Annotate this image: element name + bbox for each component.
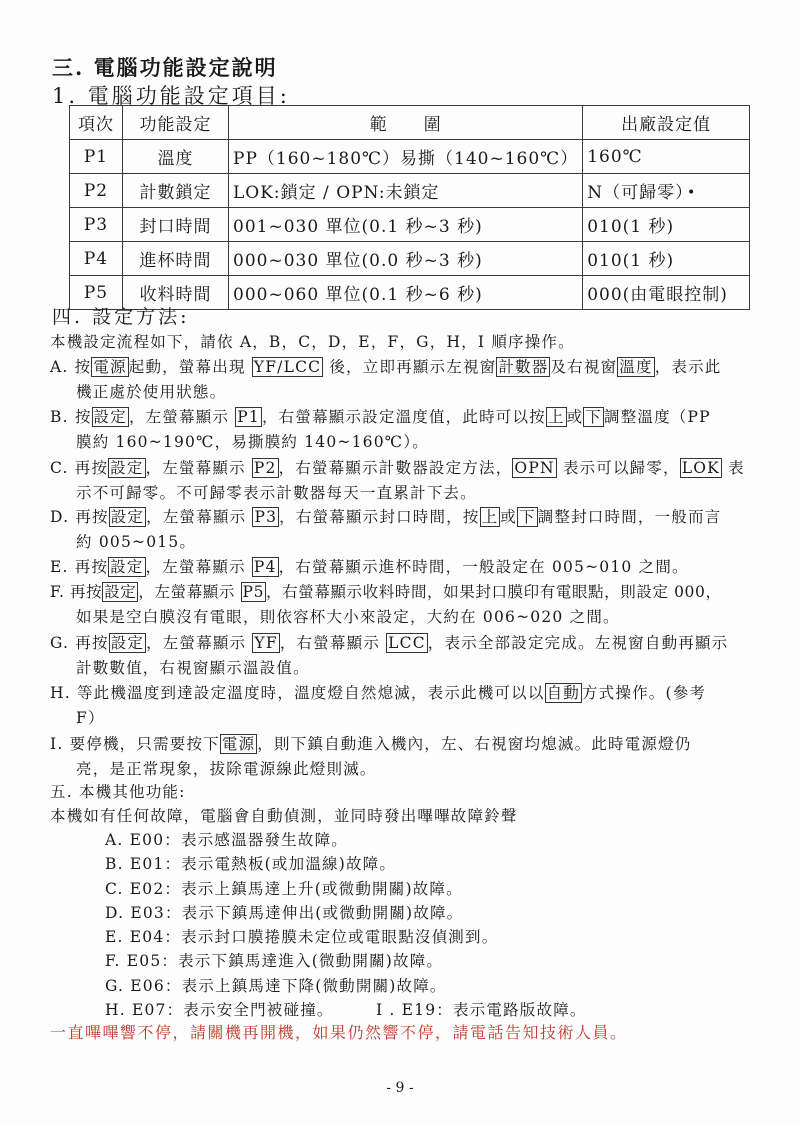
step-h-line2: F） <box>76 706 105 728</box>
section-4-intro: 本機設定流程如下，請依 A，B，C，D，E，F，G，H，I 順序操作。 <box>50 330 575 352</box>
step-i: I. 要停機，只需要按下電源，則下鎮自動進入機內，左、右視窗均熄滅。此時電源燈仍 <box>50 732 692 754</box>
section-4-title: 四. 設定方法: <box>52 302 189 329</box>
cell-default: N（可歸零） <box>583 174 750 208</box>
display-lok: LOK <box>680 458 722 478</box>
error-code-e06: G. E06：表示上鎮馬達下降(微動開關)故障。 <box>105 974 447 996</box>
cell-function: 進杯時間 <box>123 242 229 276</box>
key-auto: 自動 <box>545 683 582 703</box>
manual-page: 三. 電腦功能設定說明 1. 電腦功能設定項目: 項次 功能設定 範 圍 出廠設… <box>0 0 800 1126</box>
display-p3: P3 <box>252 507 279 527</box>
display-lcc: LCC <box>386 633 428 653</box>
error-code-e04: E. E04：表示封口膜捲膜未定位或電眼點沒偵測到。 <box>105 925 498 947</box>
display-p4: P4 <box>252 557 279 577</box>
cell-no: P1 <box>70 140 123 174</box>
key-set: 設定 <box>108 557 145 577</box>
key-up: 上 <box>480 507 501 527</box>
key-set: 設定 <box>108 458 145 478</box>
key-set: 設定 <box>109 633 146 653</box>
table-header-row: 項次 功能設定 範 圍 出廠設定值 <box>70 106 750 140</box>
settings-table: 項次 功能設定 範 圍 出廠設定值 P1 溫度 PP（160~180℃）易撕（1… <box>69 105 750 310</box>
cell-function: 封口時間 <box>123 208 229 242</box>
section-5-title: 五. 本機其他功能: <box>50 780 186 802</box>
display-opn: OPN <box>512 458 556 478</box>
step-e: E. 再按設定，左螢幕顯示 P4，右螢幕顯示進杯時間，一般設定在 005~010… <box>50 555 689 577</box>
error-code-e03: D. E03：表示下鎮馬達伸出(或微動開關)故障。 <box>105 901 463 923</box>
cell-range: 000~030 單位(0.0 秒~3 秒) <box>229 242 583 276</box>
error-code-e07-e19: H. E07：表示安全門被碰撞。 I . E19：表示電路版故障。 <box>105 998 587 1020</box>
display-p1: P1 <box>235 407 262 427</box>
step-d: D. 再按設定，左螢幕顯示 P3，右螢幕顯示封口時間，按上或下調整封口時間，一般… <box>50 505 721 527</box>
step-h: H. 等此機溫度到達設定溫度時，溫度燈自然熄滅，表示此機可以以自動方式操作。(參… <box>50 681 706 703</box>
key-power: 電源 <box>220 734 257 754</box>
cell-no: P3 <box>70 208 123 242</box>
cell-function: 計數鎖定 <box>123 174 229 208</box>
table-row: P2 計數鎖定 LOK:鎖定 / OPN:未鎖定 N（可歸零） <box>70 174 750 208</box>
step-g-line2: 計數數值，右視窗顯示溫設值。 <box>76 656 310 678</box>
cell-default: 160℃ <box>583 140 750 174</box>
step-b: B. 按設定，左螢幕顯示 P1，右螢幕顯示設定溫度值，此時可以按上或下調整溫度（… <box>50 405 711 427</box>
cell-range: 000~060 單位(0.1 秒~6 秒) <box>229 276 583 310</box>
display-temperature: 溫度 <box>617 357 654 377</box>
display-p2: P2 <box>252 458 279 478</box>
key-power: 電源 <box>91 357 128 377</box>
step-g: G. 再按設定，左螢幕顯示 YF，右螢幕顯示 LCC，表示全部設定完成。左視窗自… <box>50 631 728 653</box>
step-f: F. 再按設定，左螢幕顯示 P5，右螢幕顯示收料時間，如果封口膜印有電眼點，則設… <box>50 580 722 602</box>
key-set: 設定 <box>109 507 146 527</box>
cell-default: 010(1 秒) <box>583 208 750 242</box>
section-3-title: 三. 電腦功能設定說明 <box>52 52 278 82</box>
cell-function: 溫度 <box>123 140 229 174</box>
step-b-line2: 膜約 160~190℃，易撕膜約 140~160℃）。 <box>76 430 429 452</box>
section-5-intro: 本機如有任何故障，電腦會自動偵測，並同時發出嗶嗶故障鈴聲 <box>50 804 518 826</box>
step-d-line2: 約 005~015。 <box>76 530 196 552</box>
error-code-e00: A. E00：表示感溫器發生故障。 <box>105 828 348 850</box>
cell-range: LOK:鎖定 / OPN:未鎖定 <box>229 174 583 208</box>
key-down: 下 <box>517 507 538 527</box>
cell-default: 000(由電眼控制) <box>583 276 750 310</box>
step-i-line2: 亮，是正常現象，拔除電源線此燈則滅。 <box>76 757 377 779</box>
cell-range: PP（160~180℃）易撕（140~160℃） <box>229 140 583 174</box>
header-default: 出廠設定值 <box>583 106 750 140</box>
key-set: 設定 <box>102 582 138 602</box>
table-row: P1 溫度 PP（160~180℃）易撕（140~160℃） 160℃ <box>70 140 750 174</box>
table-row: P4 進杯時間 000~030 單位(0.0 秒~3 秒) 010(1 秒) <box>70 242 750 276</box>
key-up: 上 <box>546 407 567 427</box>
cell-default: 010(1 秒) <box>583 242 750 276</box>
display-counter: 計數器 <box>496 357 550 377</box>
cell-no: P2 <box>70 174 123 208</box>
step-c: C. 再按設定，左螢幕顯示 P2，右螢幕顯示計數器設定方法，OPN 表示可以歸零… <box>50 456 745 478</box>
error-code-e01: B. E01：表示電熱板(或加溫線)故障。 <box>105 852 396 874</box>
header-range: 範 圍 <box>229 106 583 140</box>
cell-no: P4 <box>70 242 123 276</box>
warning-note: 一直嗶嗶響不停，請關機再開機，如果仍然響不停，請電話告知技術人員。 <box>50 1020 628 1043</box>
table-row: P3 封口時間 001~030 單位(0.1 秒~3 秒) 010(1 秒) <box>70 208 750 242</box>
header-item-no: 項次 <box>70 106 123 140</box>
step-a-line2: 機正處於使用狀態。 <box>76 380 226 402</box>
stray-mark: • <box>687 185 695 201</box>
step-f-line2: 如果是空白膜沒有電眼，則依容杯大小來設定，大約在 006~020 之間。 <box>76 605 620 627</box>
error-code-e02: C. E02：表示上鎮馬達上升(或微動開關)故障。 <box>105 877 463 899</box>
key-down: 下 <box>583 407 604 427</box>
step-a: A. 按電源起動，螢幕出現 YF/LCC 後，立即再顯示左視窗計數器及右視窗溫度… <box>50 355 722 377</box>
display-yf-lcc: YF/LCC <box>252 357 323 377</box>
cell-range: 001~030 單位(0.1 秒~3 秒) <box>229 208 583 242</box>
display-yf: YF <box>252 633 279 653</box>
page-number: - 9 - <box>0 1080 800 1096</box>
header-function: 功能設定 <box>123 106 229 140</box>
display-p5: P5 <box>241 582 267 602</box>
step-c-line2: 示不可歸零。不可歸零表示計數器每天一直累計下去。 <box>76 481 477 503</box>
key-set: 設定 <box>92 407 129 427</box>
error-code-e05: F. E05：表示下鎮馬達進入(微動開關)故障。 <box>105 949 443 971</box>
